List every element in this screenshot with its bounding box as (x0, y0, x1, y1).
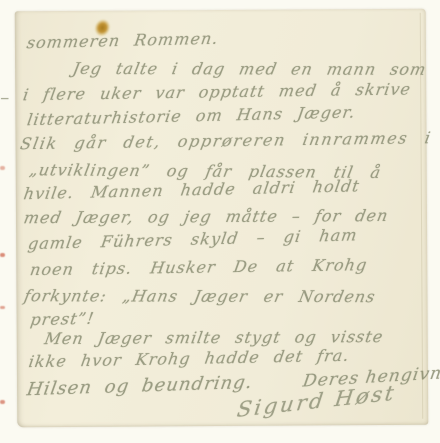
letter-line: forkynte: „Hans Jæger er Nordens (23, 286, 378, 306)
edge-mark (0, 253, 5, 257)
letter-line: prest”! (29, 309, 96, 330)
margin-dash: – (0, 87, 9, 108)
letter-line: litteraturhistorie om Hans Jæger. (26, 102, 357, 129)
edge-mark (0, 400, 5, 404)
letter-line: Jeg talte i dag med en mann som (71, 59, 428, 79)
letter-line: sommeren Rommen. (25, 29, 219, 53)
letter-line: noen tips. Husker De at Krohg (29, 255, 369, 279)
letter-line: ikke hvor Krohg hadde det fra. (27, 346, 351, 371)
letter-line: Men Jæger smilte stygt og visste (43, 327, 385, 348)
letter-line: i flere uker var opptatt med å skrive (22, 79, 413, 104)
edge-mark (0, 306, 5, 309)
letter-line: gamle Führers skyld – gi ham (27, 225, 359, 253)
closing-salutation: Hilsen og beundring. (25, 372, 254, 400)
letter-line: med Jæger, og jeg måtte – for den (22, 206, 390, 227)
letter-line: hvile. Mannen hadde aldri holdt (22, 176, 361, 203)
letter-paper: – sommeren Rommen. Jeg talte i dag med e… (15, 9, 429, 428)
edge-mark (0, 166, 5, 170)
scanned-letter: – sommeren Rommen. Jeg talte i dag med e… (0, 0, 440, 443)
letter-line: Slik går det, opprøreren innrammes i (19, 128, 434, 153)
